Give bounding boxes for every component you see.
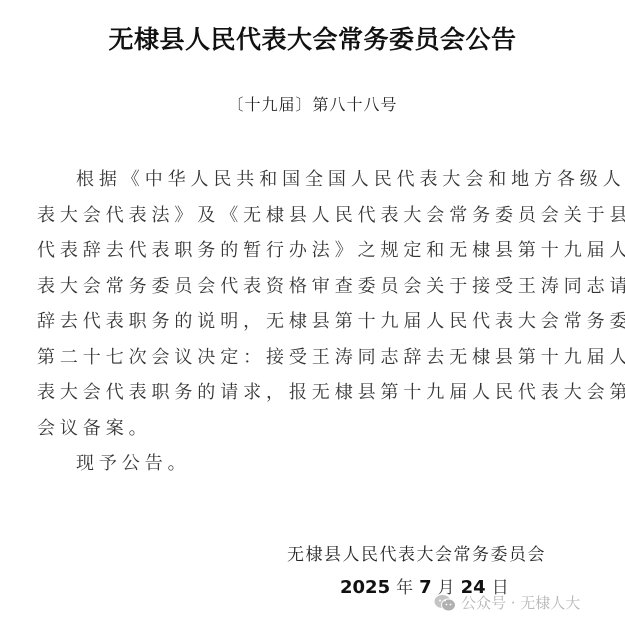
- date-year-unit: 年: [396, 578, 413, 598]
- announcement-body: 根据《中华人民共和国全国人民代表大会和地方各级人民代 表大会代表法》及《无棣县人…: [37, 162, 597, 482]
- watermark: 公众号 · 无棣人大: [434, 592, 580, 613]
- body-line: 会议备案。: [37, 411, 597, 447]
- body-line: 代表辞去代表职务的暂行办法》之规定和无棣县第十九届人民代: [37, 233, 597, 269]
- closing-line: 现予公告。: [37, 446, 597, 482]
- signature-issuer: 无棣县人民代表大会常务委员会: [287, 540, 546, 565]
- date-year: 2025: [340, 577, 390, 598]
- page-title: 无棣县人民代表大会常务委员会公告: [0, 20, 625, 56]
- watermark-text: 公众号 · 无棣人大: [461, 592, 580, 613]
- date-month: 7: [419, 577, 432, 598]
- body-line: 表大会代表职务的请求，报无棣县第十九届人民代表大会第五次: [37, 375, 597, 411]
- body-line: 表大会代表法》及《无棣县人民代表大会常务委员会关于县人大: [37, 198, 597, 234]
- wechat-icon: [434, 594, 456, 612]
- body-line: 表大会常务委员会代表资格审查委员会关于接受王涛同志请求: [37, 269, 597, 305]
- body-line: 辞去代表职务的说明，无棣县第十九届人民代表大会常务委员会: [37, 304, 597, 340]
- body-line: 根据《中华人民共和国全国人民代表大会和地方各级人民代: [37, 162, 597, 198]
- body-line: 第二十七次会议决定：接受王涛同志辞去无棣县第十九届人民代: [37, 340, 597, 376]
- document-number: 〔十九届〕第八十八号: [0, 92, 625, 115]
